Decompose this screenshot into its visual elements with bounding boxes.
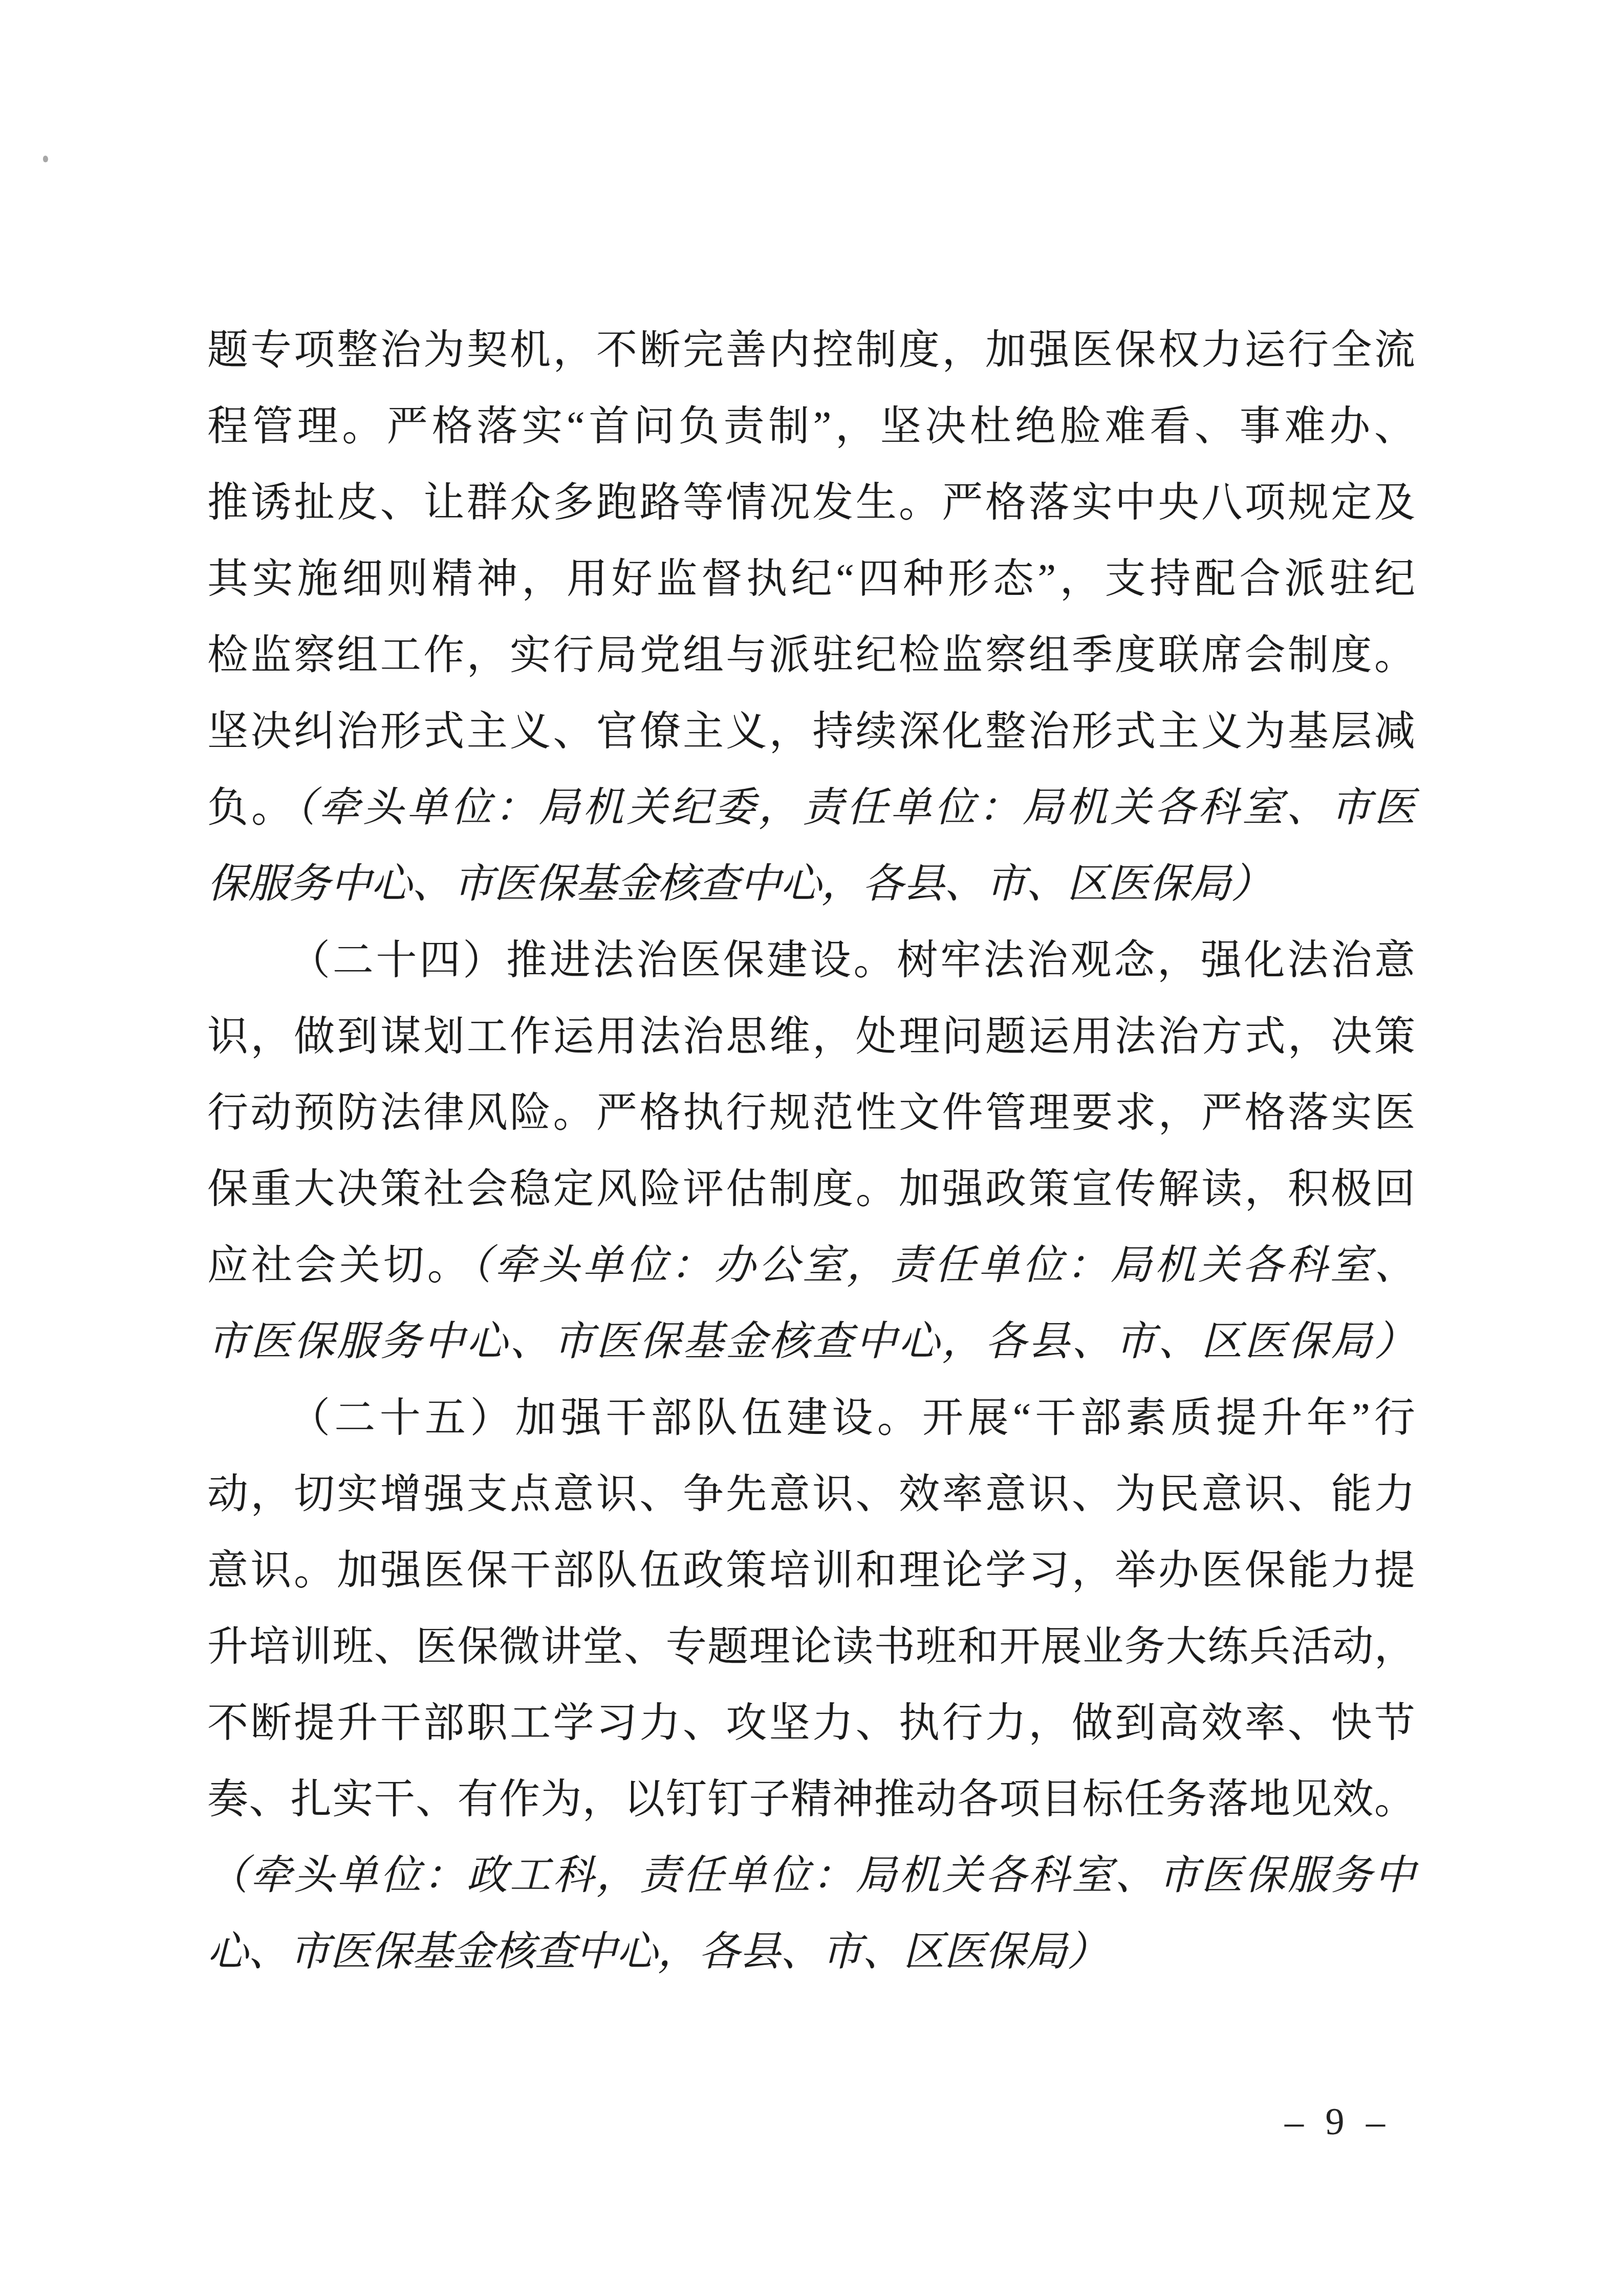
kai-text-segment: （牵头单位：局机关纪委，责任单位：局机关各科室、市医 xyxy=(295,785,1415,830)
body-text-segment: （二十五）加强干部队伍建设。开展“干部素质提升年”行 xyxy=(289,1396,1415,1441)
body-text-segment: 题专项整治为契机，不断完善内控制度，加强医保权力运行全流 xyxy=(207,328,1415,373)
scan-artifact-dot xyxy=(43,156,48,162)
body-text-segment: 行动预防法律风险。严格执行规范性文件管理要求，严格落实医 xyxy=(207,1090,1415,1135)
body-text-segment: 动，切实增强支点意识、争先意识、效率意识、为民意识、能力 xyxy=(207,1472,1415,1517)
body-text-segment: 负。 xyxy=(207,785,295,830)
text-line-section-25: （二十五）加强干部队伍建设。开展“干部素质提升年”行 xyxy=(207,1380,1415,1456)
kai-text-segment: 市医保服务中心、市医保基金核查中心，各县、市、区医保局） xyxy=(207,1319,1415,1364)
kai-text-segment: （牵头单位：办公室，责任单位：局机关各科室、 xyxy=(471,1243,1415,1288)
text-line: 坚决纠治形式主义、官僚主义，持续深化整治形式主义为基层减 xyxy=(207,694,1415,770)
text-line: 动，切实增强支点意识、争先意识、效率意识、为民意识、能力 xyxy=(207,1456,1415,1533)
body-text-segment: 升培训班、医保微讲堂、专题理论读书班和开展业务大练兵活动， xyxy=(207,1624,1415,1669)
text-line: （牵头单位：政工科，责任单位：局机关各科室、市医保服务中 xyxy=(207,1838,1415,1914)
kai-text-segment: 保服务中心、市医保基金核查中心，各县、市、区医保局） xyxy=(207,862,1272,907)
text-line: 题专项整治为契机，不断完善内控制度，加强医保权力运行全流 xyxy=(207,312,1415,389)
text-line: 应社会关切。（牵头单位：办公室，责任单位：局机关各科室、 xyxy=(207,1228,1415,1304)
text-line: 检监察组工作，实行局党组与派驻纪检监察组季度联席会制度。 xyxy=(207,617,1415,694)
text-line-section-24: （二十四）推进法治医保建设。树牢法治观念，强化法治意 xyxy=(207,922,1415,999)
text-line: 其实施细则精神，用好监督执纪“四种形态”，支持配合派驻纪 xyxy=(207,541,1415,617)
text-line: 不断提升干部职工学习力、攻坚力、执行力，做到高效率、快节 xyxy=(207,1685,1415,1762)
body-text-segment: 意识。加强医保干部队伍政策培训和理论学习，举办医保能力提 xyxy=(207,1548,1415,1593)
body-text-segment: 保重大决策社会稳定风险评估制度。加强政策宣传解读，积极回 xyxy=(207,1167,1415,1212)
text-line: 升培训班、医保微讲堂、专题理论读书班和开展业务大练兵活动， xyxy=(207,1609,1415,1685)
page-number: – 9 – xyxy=(1285,2103,1391,2141)
body-text-segment: 其实施细则精神，用好监督执纪“四种形态”，支持配合派驻纪 xyxy=(207,556,1415,602)
text-line: 奏、扎实干、有作为，以钉钉子精神推动各项目标任务落地见效。 xyxy=(207,1762,1415,1838)
body-text-segment: （二十四）推进法治医保建设。树牢法治观念，强化法治意 xyxy=(289,938,1415,983)
kai-text-segment: 心、市医保基金核查中心，各县、市、区医保局） xyxy=(207,1929,1108,1975)
body-text-segment: 推诱扯皮、让群众多跑路等情况发生。严格落实中央八项规定及 xyxy=(207,480,1415,525)
body-text-segment: 识，做到谋划工作运用法治思维，处理问题运用法治方式，决策 xyxy=(207,1014,1415,1059)
body-text-segment: 检监察组工作，实行局党组与派驻纪检监察组季度联席会制度。 xyxy=(207,633,1415,678)
text-line: 负。（牵头单位：局机关纪委，责任单位：局机关各科室、市医 xyxy=(207,770,1415,846)
text-line: 保重大决策社会稳定风险评估制度。加强政策宣传解读，积极回 xyxy=(207,1151,1415,1228)
document-text-block: 题专项整治为契机，不断完善内控制度，加强医保权力运行全流 程管理。严格落实“首问… xyxy=(207,312,1415,1990)
body-text-segment: 奏、扎实干、有作为，以钉钉子精神推动各项目标任务落地见效。 xyxy=(207,1777,1415,1822)
text-line: 保服务中心、市医保基金核查中心，各县、市、区医保局） xyxy=(207,846,1415,922)
text-line: 意识。加强医保干部队伍政策培训和理论学习，举办医保能力提 xyxy=(207,1533,1415,1609)
body-text-segment: 坚决纠治形式主义、官僚主义，持续深化整治形式主义为基层减 xyxy=(207,709,1415,754)
kai-text-segment: （牵头单位：政工科，责任单位：局机关各科室、市医保服务中 xyxy=(207,1853,1415,1898)
text-line: 市医保服务中心、市医保基金核查中心，各县、市、区医保局） xyxy=(207,1304,1415,1380)
text-line: 识，做到谋划工作运用法治思维，处理问题运用法治方式，决策 xyxy=(207,999,1415,1075)
text-line: 行动预防法律风险。严格执行规范性文件管理要求，严格落实医 xyxy=(207,1075,1415,1151)
body-text-segment: 程管理。严格落实“首问负责制”，坚决杜绝脸难看、事难办、 xyxy=(207,404,1415,449)
body-text-segment: 应社会关切。 xyxy=(207,1243,471,1288)
text-line: 心、市医保基金核查中心，各县、市、区医保局） xyxy=(207,1914,1415,1990)
body-text-segment: 不断提升干部职工学习力、攻坚力、执行力，做到高效率、快节 xyxy=(207,1701,1415,1746)
text-line: 推诱扯皮、让群众多跑路等情况发生。严格落实中央八项规定及 xyxy=(207,465,1415,541)
scanned-document-page: 题专项整治为契机，不断完善内控制度，加强医保权力运行全流 程管理。严格落实“首问… xyxy=(0,0,1624,2296)
text-line: 程管理。严格落实“首问负责制”，坚决杜绝脸难看、事难办、 xyxy=(207,389,1415,465)
